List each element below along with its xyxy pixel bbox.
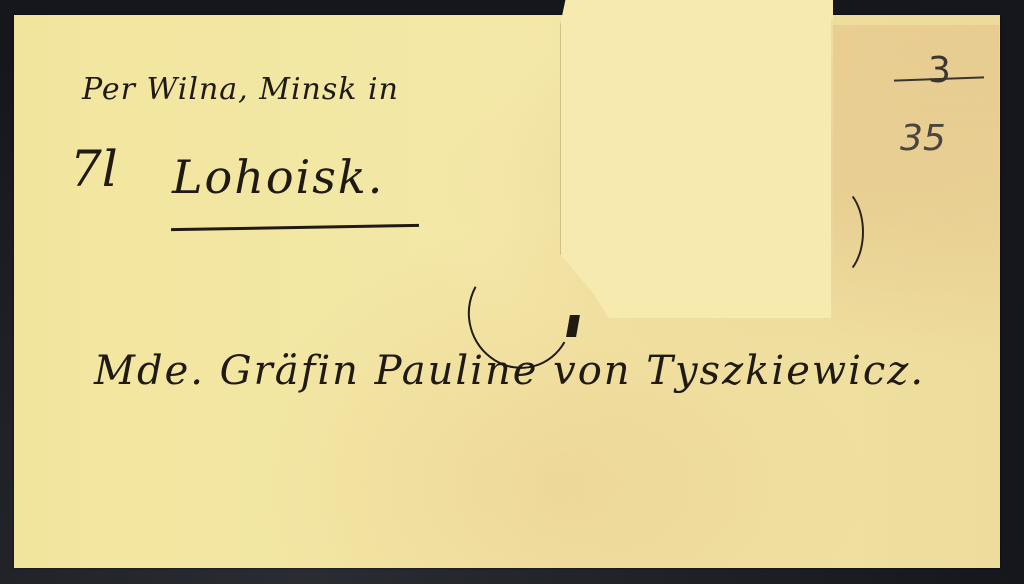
pencil-number: 35 (900, 118, 946, 159)
destination-town: Lohoisk. (172, 150, 384, 204)
postmark-arc-right-icon (805, 185, 864, 279)
struck-number: 3 (928, 50, 951, 91)
routing-prefix: 7l (70, 140, 118, 198)
torn-flap-area (560, 0, 831, 318)
routing-line: Per Wilna, Minsk in (82, 72, 399, 107)
stained-corner (833, 25, 999, 545)
